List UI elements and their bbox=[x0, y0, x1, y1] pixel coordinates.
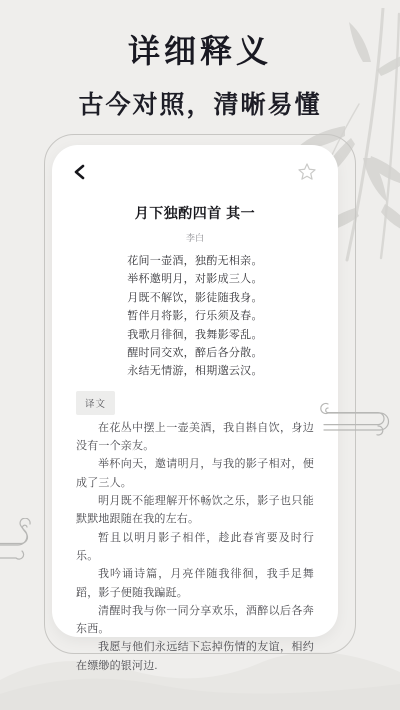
cloud-scroll-left-icon bbox=[0, 518, 56, 574]
poem-line: 花间一壶酒，独酌无相亲。 bbox=[76, 252, 314, 270]
translation-body: 在花丛中摆上一壶美酒，我自斟自饮，身边没有一个亲友。举杯向天，邀请明月，与我的影… bbox=[76, 419, 314, 675]
card-toolbar bbox=[70, 159, 320, 185]
poem-line: 月既不解饮，影徒随我身。 bbox=[76, 289, 314, 307]
poem-author: 李白 bbox=[76, 231, 314, 244]
translation-paragraph: 我吟诵诗篇，月亮伴随我徘徊，我手足舞蹈，影子便随我蹁跹。 bbox=[76, 565, 314, 602]
translation-tag-badge: 译文 bbox=[76, 391, 115, 415]
poem-line: 举杯邀明月，对影成三人。 bbox=[76, 270, 314, 288]
translation-paragraph: 在花丛中摆上一壶美酒，我自斟自饮，身边没有一个亲友。 bbox=[76, 419, 314, 456]
back-button[interactable] bbox=[70, 161, 90, 183]
poem-body: 花间一壶酒，独酌无相亲。举杯邀明月，对影成三人。月既不解饮，影徒随我身。暂伴月将… bbox=[76, 252, 314, 381]
poem-line: 永结无情游，相期邈云汉。 bbox=[76, 362, 314, 380]
poem-line: 我歌月徘徊，我舞影零乱。 bbox=[76, 326, 314, 344]
cloud-scroll-right-icon bbox=[314, 395, 394, 437]
page-title: 详细释义 bbox=[0, 26, 400, 72]
translation-paragraph: 清醒时我与你一同分享欢乐，酒醉以后各奔东西。 bbox=[76, 602, 314, 639]
header: 详细释义 古今对照，清晰易懂 bbox=[0, 0, 400, 121]
poem-title: 月下独酌四首 其一 bbox=[76, 203, 314, 223]
star-outline-icon bbox=[296, 161, 318, 183]
promo-screenshot-page: 详细释义 古今对照，清晰易懂 月下独酌四首 其一 李白 花间一壶酒，独酌无相亲。… bbox=[0, 0, 400, 710]
translation-paragraph: 举杯向天，邀请明月，与我的影子相对，便成了三人。 bbox=[76, 455, 314, 492]
poem-detail-card: 月下独酌四首 其一 李白 花间一壶酒，独酌无相亲。举杯邀明月，对影成三人。月既不… bbox=[52, 145, 338, 637]
page-subtitle: 古今对照，清晰易懂 bbox=[0, 85, 400, 121]
chevron-left-icon bbox=[72, 163, 88, 181]
translation-paragraph: 明月既不能理解开怀畅饮之乐，影子也只能默默地跟随在我的左右。 bbox=[76, 492, 314, 529]
translation-paragraph: 我愿与他们永远结下忘掉伤情的友谊，相约在缥缈的银河边. bbox=[76, 638, 314, 675]
translation-paragraph: 暂且以明月影子相伴，趁此春宵要及时行乐。 bbox=[76, 529, 314, 566]
poem-line: 暂伴月将影，行乐须及春。 bbox=[76, 307, 314, 325]
favorite-button[interactable] bbox=[294, 159, 320, 185]
poem-line: 醒时同交欢，醉后各分散。 bbox=[76, 344, 314, 362]
